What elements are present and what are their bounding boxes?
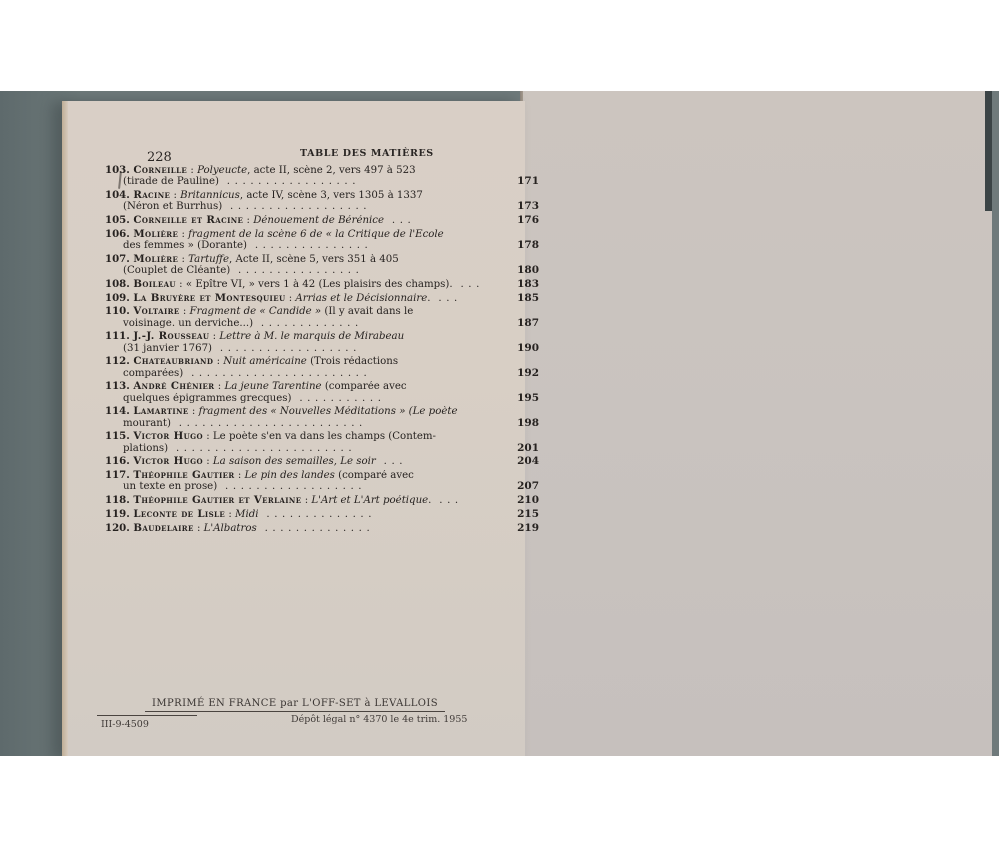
entry-work-title: L'Art et L'Art poétique: [311, 495, 428, 506]
entry-page-number: 195: [509, 393, 539, 404]
entry-text: Fragment de « Candide » (Il y avait dans…: [190, 306, 414, 317]
toc-entry-continuation-line: (Couplet de Cléante) ................: [105, 265, 511, 276]
entry-number: 107.: [105, 254, 133, 265]
entry-work-title: Tartuffe: [188, 254, 229, 265]
toc-entry-continuation-line: plations) .......................: [105, 443, 511, 454]
entry-work-title: Britannicus: [180, 190, 240, 201]
leader-dots: ..................: [222, 201, 371, 212]
entry-number: 115.: [105, 431, 133, 442]
entry-work-title: Dénouement de Bérénice: [253, 215, 384, 226]
toc-entry-title-line: 118. Théophile Gautier et Verlaine : L'A…: [105, 495, 493, 506]
entry-author: Voltaire: [133, 306, 179, 317]
entry-author: Théophile Gautier et Verlaine: [133, 495, 301, 506]
toc-entry-title-line: 108. Boileau : « Epître VI, » vers 1 à 4…: [105, 279, 493, 290]
entry-text: L'Art et L'Art poétique.: [311, 495, 431, 506]
toc-entry-title-line: 116. Victor Hugo : La saison des semaill…: [105, 456, 493, 467]
entry-text: fragment des « Nouvelles Méditations » (…: [199, 406, 458, 417]
entry-page-number: 178: [509, 240, 539, 251]
leader-dots: ........................: [171, 418, 367, 429]
entry-number: 114.: [105, 406, 133, 417]
entry-text: un texte en prose): [123, 481, 217, 492]
entry-page-number: 207: [509, 481, 539, 492]
entry-work-title: L'Albatros: [204, 523, 257, 534]
entry-page-number: 183: [509, 279, 539, 290]
entry-text: Lettre à M. le marquis de Mirabeau: [219, 331, 404, 342]
entry-author: Lamartine: [133, 406, 188, 417]
entry-author: Leconte de Lisle: [133, 509, 225, 520]
entry-text: « Epître VI, » vers 1 à 42 (Les plaisirs…: [186, 279, 453, 290]
toc-entry: 113. André Chénier : La jeune Tarentine …: [105, 381, 493, 403]
entry-number: 111.: [105, 331, 133, 342]
running-head: TABLE DES MATIÈRES: [300, 148, 434, 159]
toc-entry-title-line: 111. J.-J. Rousseau : Lettre à M. le mar…: [105, 331, 493, 342]
leader-dots: ...: [384, 215, 415, 226]
entry-text: mourant): [123, 418, 171, 429]
entry-number: 109.: [105, 293, 133, 304]
toc-entry: 114. Lamartine : fragment des « Nouvelle…: [105, 406, 493, 428]
leader-dots: ..................: [217, 481, 366, 492]
toc-entry-title-line: 120. Baudelaire : L'Albatros ...........…: [105, 523, 493, 534]
entry-author: Baudelaire: [133, 523, 193, 534]
leader-dots: .......................: [183, 368, 371, 379]
entry-work-title: Fragment de « Candide »: [190, 306, 322, 317]
leader-dots: ..............: [259, 509, 377, 520]
entry-author: Corneille: [133, 165, 187, 176]
entry-text: Dénouement de Bérénice: [253, 215, 384, 226]
entry-work-title: Midi: [235, 509, 258, 520]
toc-entry-title-line: 114. Lamartine : fragment des « Nouvelle…: [105, 406, 493, 417]
leader-dots: ...: [431, 495, 462, 506]
entry-text: L'Albatros: [204, 523, 257, 534]
entry-author: Molière: [133, 254, 178, 265]
toc-entry-title-line: 119. Leconte de Lisle : Midi ...........…: [105, 509, 493, 520]
entry-work-title: La jeune Tarentine: [224, 381, 321, 392]
entry-text: voisinage. un derviche...): [123, 318, 253, 329]
entry-text: des femmes » (Dorante): [123, 240, 247, 251]
right-page-blank: [522, 91, 992, 756]
entry-work-title: Le pin des landes: [245, 470, 335, 481]
left-page: 228 TABLE DES MATIÈRES 103. Corneille : …: [62, 101, 525, 756]
toc-entry: 111. J.-J. Rousseau : Lettre à M. le mar…: [105, 331, 493, 353]
entry-author: J.-J. Rousseau: [133, 331, 209, 342]
entry-page-number: 198: [509, 418, 539, 429]
toc-entry: 107. Molière : Tartuffe, Acte II, scène …: [105, 254, 493, 276]
toc-entry-title-line: 117. Théophile Gautier : Le pin des land…: [105, 470, 493, 481]
entry-page-number: 185: [509, 293, 539, 304]
entry-text: La saison des semailles, Le soir: [213, 456, 376, 467]
entry-text: (Couplet de Cléante): [123, 265, 230, 276]
toc-entry-title-line: 105. Corneille et Racine : Dénouement de…: [105, 215, 493, 226]
entry-page-number: 187: [509, 318, 539, 329]
entry-number: 120.: [105, 523, 133, 534]
toc-entry: 118. Théophile Gautier et Verlaine : L'A…: [105, 495, 493, 506]
entry-work-title: Polyeucte: [197, 165, 247, 176]
page-edge-shadow: [985, 91, 992, 211]
entry-author: André Chénier: [133, 381, 214, 392]
leader-dots: ..............: [257, 523, 375, 534]
entry-text: quelques épigrammes grecques): [123, 393, 291, 404]
toc-entry: 104. Racine : Britannicus, acte IV, scèn…: [105, 190, 493, 212]
entry-author: Racine: [133, 190, 170, 201]
leader-dots: .................: [219, 176, 360, 187]
entry-text: Polyeucte, acte II, scène 2, vers 497 à …: [197, 165, 415, 176]
toc-entry-continuation-line: (Néron et Burrhus) ..................: [105, 201, 511, 212]
leader-dots: .............: [253, 318, 363, 329]
leader-dots: ...........: [291, 393, 385, 404]
entry-number: 103.: [105, 165, 133, 176]
entry-work-title: Lettre à M. le marquis de Mirabeau: [219, 331, 404, 342]
printer-code: III-9-4509: [101, 719, 149, 730]
entry-text: Tartuffe, Acte II, scène 5, vers 351 à 4…: [188, 254, 399, 265]
entry-number: 116.: [105, 456, 133, 467]
toc-entry-title-line: 104. Racine : Britannicus, acte IV, scèn…: [105, 190, 493, 201]
toc-entry-continuation-line: voisinage. un derviche...) .............: [105, 318, 511, 329]
entry-text: Britannicus, acte IV, scène 3, vers 1305…: [180, 190, 423, 201]
entry-author: Victor Hugo: [133, 456, 203, 467]
leader-dots: ...: [453, 279, 484, 290]
leader-dots: ................: [230, 265, 363, 276]
legal-deposit: Dépôt légal n° 4370 le 4e trim. 1955: [291, 714, 467, 725]
toc-entry: 109. La Bruyère et Montesquieu : Arrias …: [105, 293, 493, 304]
entry-author: Boileau: [133, 279, 176, 290]
entry-text: La jeune Tarentine (comparée avec: [224, 381, 406, 392]
entry-number: 119.: [105, 509, 133, 520]
entry-page-number: 201: [509, 443, 539, 454]
entry-text: Nuit américaine (Trois rédactions: [223, 356, 398, 367]
toc-entry-title-line: 109. La Bruyère et Montesquieu : Arrias …: [105, 293, 493, 304]
table-of-contents: 103. Corneille : Polyeucte, acte II, scè…: [105, 165, 493, 537]
imprint-line: IMPRIMÉ EN FRANCE par L'OFF-SET à LEVALL…: [145, 698, 445, 712]
entry-number: 106.: [105, 229, 133, 240]
toc-entry: 115. Victor Hugo : Le poète s'en va dans…: [105, 431, 493, 453]
page-number: 228: [147, 150, 172, 165]
entry-author: Molière: [133, 229, 178, 240]
entry-text: Arrias et le Décisionnaire.: [295, 293, 430, 304]
entry-number: 112.: [105, 356, 133, 367]
entry-author: Théophile Gautier: [133, 470, 234, 481]
entry-page-number: 219: [509, 523, 539, 534]
toc-entry: 106. Molière : fragment de la scène 6 de…: [105, 229, 493, 251]
leader-dots: ...............: [247, 240, 372, 251]
toc-entry-continuation-line: comparées) .......................: [105, 368, 511, 379]
toc-entry-continuation-line: quelques épigrammes grecques) ..........…: [105, 393, 511, 404]
entry-number: 118.: [105, 495, 133, 506]
entry-author: La Bruyère et Montesquieu: [133, 293, 285, 304]
entry-page-number: 171: [509, 176, 539, 187]
entry-page-number: 176: [509, 215, 539, 226]
toc-entry: 119. Leconte de Lisle : Midi ...........…: [105, 509, 493, 520]
toc-entry-continuation-line: mourant) ........................: [105, 418, 511, 429]
toc-entry: 116. Victor Hugo : La saison des semaill…: [105, 456, 493, 467]
entry-author: Chateaubriand: [133, 356, 213, 367]
entry-author: Corneille et Racine: [133, 215, 243, 226]
toc-entry-continuation-line: (31 janvier 1767) ..................: [105, 343, 511, 354]
entry-text: (31 janvier 1767): [123, 343, 212, 354]
entry-number: 104.: [105, 190, 133, 201]
toc-entry: 112. Chateaubriand : Nuit américaine (Tr…: [105, 356, 493, 378]
entry-text: Le pin des landes (comparé avec: [245, 470, 414, 481]
toc-entry-title-line: 106. Molière : fragment de la scène 6 de…: [105, 229, 493, 240]
toc-entry-continuation-line: des femmes » (Dorante) ...............: [105, 240, 511, 251]
toc-entry: 120. Baudelaire : L'Albatros ...........…: [105, 523, 493, 534]
toc-entry-title-line: 103. Corneille : Polyeucte, acte II, scè…: [105, 165, 493, 176]
toc-entry-title-line: 112. Chateaubriand : Nuit américaine (Tr…: [105, 356, 493, 367]
entry-text: fragment de la scène 6 de « la Critique …: [188, 229, 444, 240]
entry-number: 113.: [105, 381, 133, 392]
toc-entry: 110. Voltaire : Fragment de « Candide » …: [105, 306, 493, 328]
entry-number: 108.: [105, 279, 133, 290]
entry-number: 105.: [105, 215, 133, 226]
entry-text: comparées): [123, 368, 183, 379]
entry-text: (tirade de Pauline): [123, 176, 219, 187]
toc-entry: 117. Théophile Gautier : Le pin des land…: [105, 470, 493, 492]
toc-entry-continuation-line: (tirade de Pauline) .................: [105, 176, 511, 187]
entry-number: 117.: [105, 470, 133, 481]
entry-work-title: Arrias et le Décisionnaire: [295, 293, 427, 304]
toc-entry: 103. Corneille : Polyeucte, acte II, scè…: [105, 165, 493, 187]
leader-dots: ...: [431, 293, 462, 304]
entry-page-number: 180: [509, 265, 539, 276]
toc-entry: 108. Boileau : « Epître VI, » vers 1 à 4…: [105, 279, 493, 290]
imprint-rule: [97, 715, 197, 716]
entry-page-number: 192: [509, 368, 539, 379]
toc-entry: 105. Corneille et Racine : Dénouement de…: [105, 215, 493, 226]
leader-dots: .......................: [168, 443, 356, 454]
entry-page-number: 210: [509, 495, 539, 506]
entry-author: Victor Hugo: [133, 431, 203, 442]
toc-entry-title-line: 107. Molière : Tartuffe, Acte II, scène …: [105, 254, 493, 265]
entry-page-number: 204: [509, 456, 539, 467]
toc-entry-title-line: 113. André Chénier : La jeune Tarentine …: [105, 381, 493, 392]
entry-page-number: 215: [509, 509, 539, 520]
toc-entry-continuation-line: un texte en prose) ..................: [105, 481, 511, 492]
toc-entry-title-line: 115. Victor Hugo : Le poète s'en va dans…: [105, 431, 493, 442]
entry-page-number: 190: [509, 343, 539, 354]
entry-work-title: Nuit américaine: [223, 356, 307, 367]
entry-text: Le poète s'en va dans les champs (Contem…: [213, 431, 436, 442]
entry-page-number: 173: [509, 201, 539, 212]
toc-entry-title-line: 110. Voltaire : Fragment de « Candide » …: [105, 306, 493, 317]
entry-text: (Néron et Burrhus): [123, 201, 222, 212]
entry-text: plations): [123, 443, 168, 454]
leader-dots: ..................: [212, 343, 361, 354]
book-photo: 228 TABLE DES MATIÈRES 103. Corneille : …: [0, 91, 999, 756]
entry-work-title: La saison des semailles, Le soir: [213, 456, 376, 467]
entry-number: 110.: [105, 306, 133, 317]
leader-dots: ...: [376, 456, 407, 467]
entry-text: Midi: [235, 509, 258, 520]
